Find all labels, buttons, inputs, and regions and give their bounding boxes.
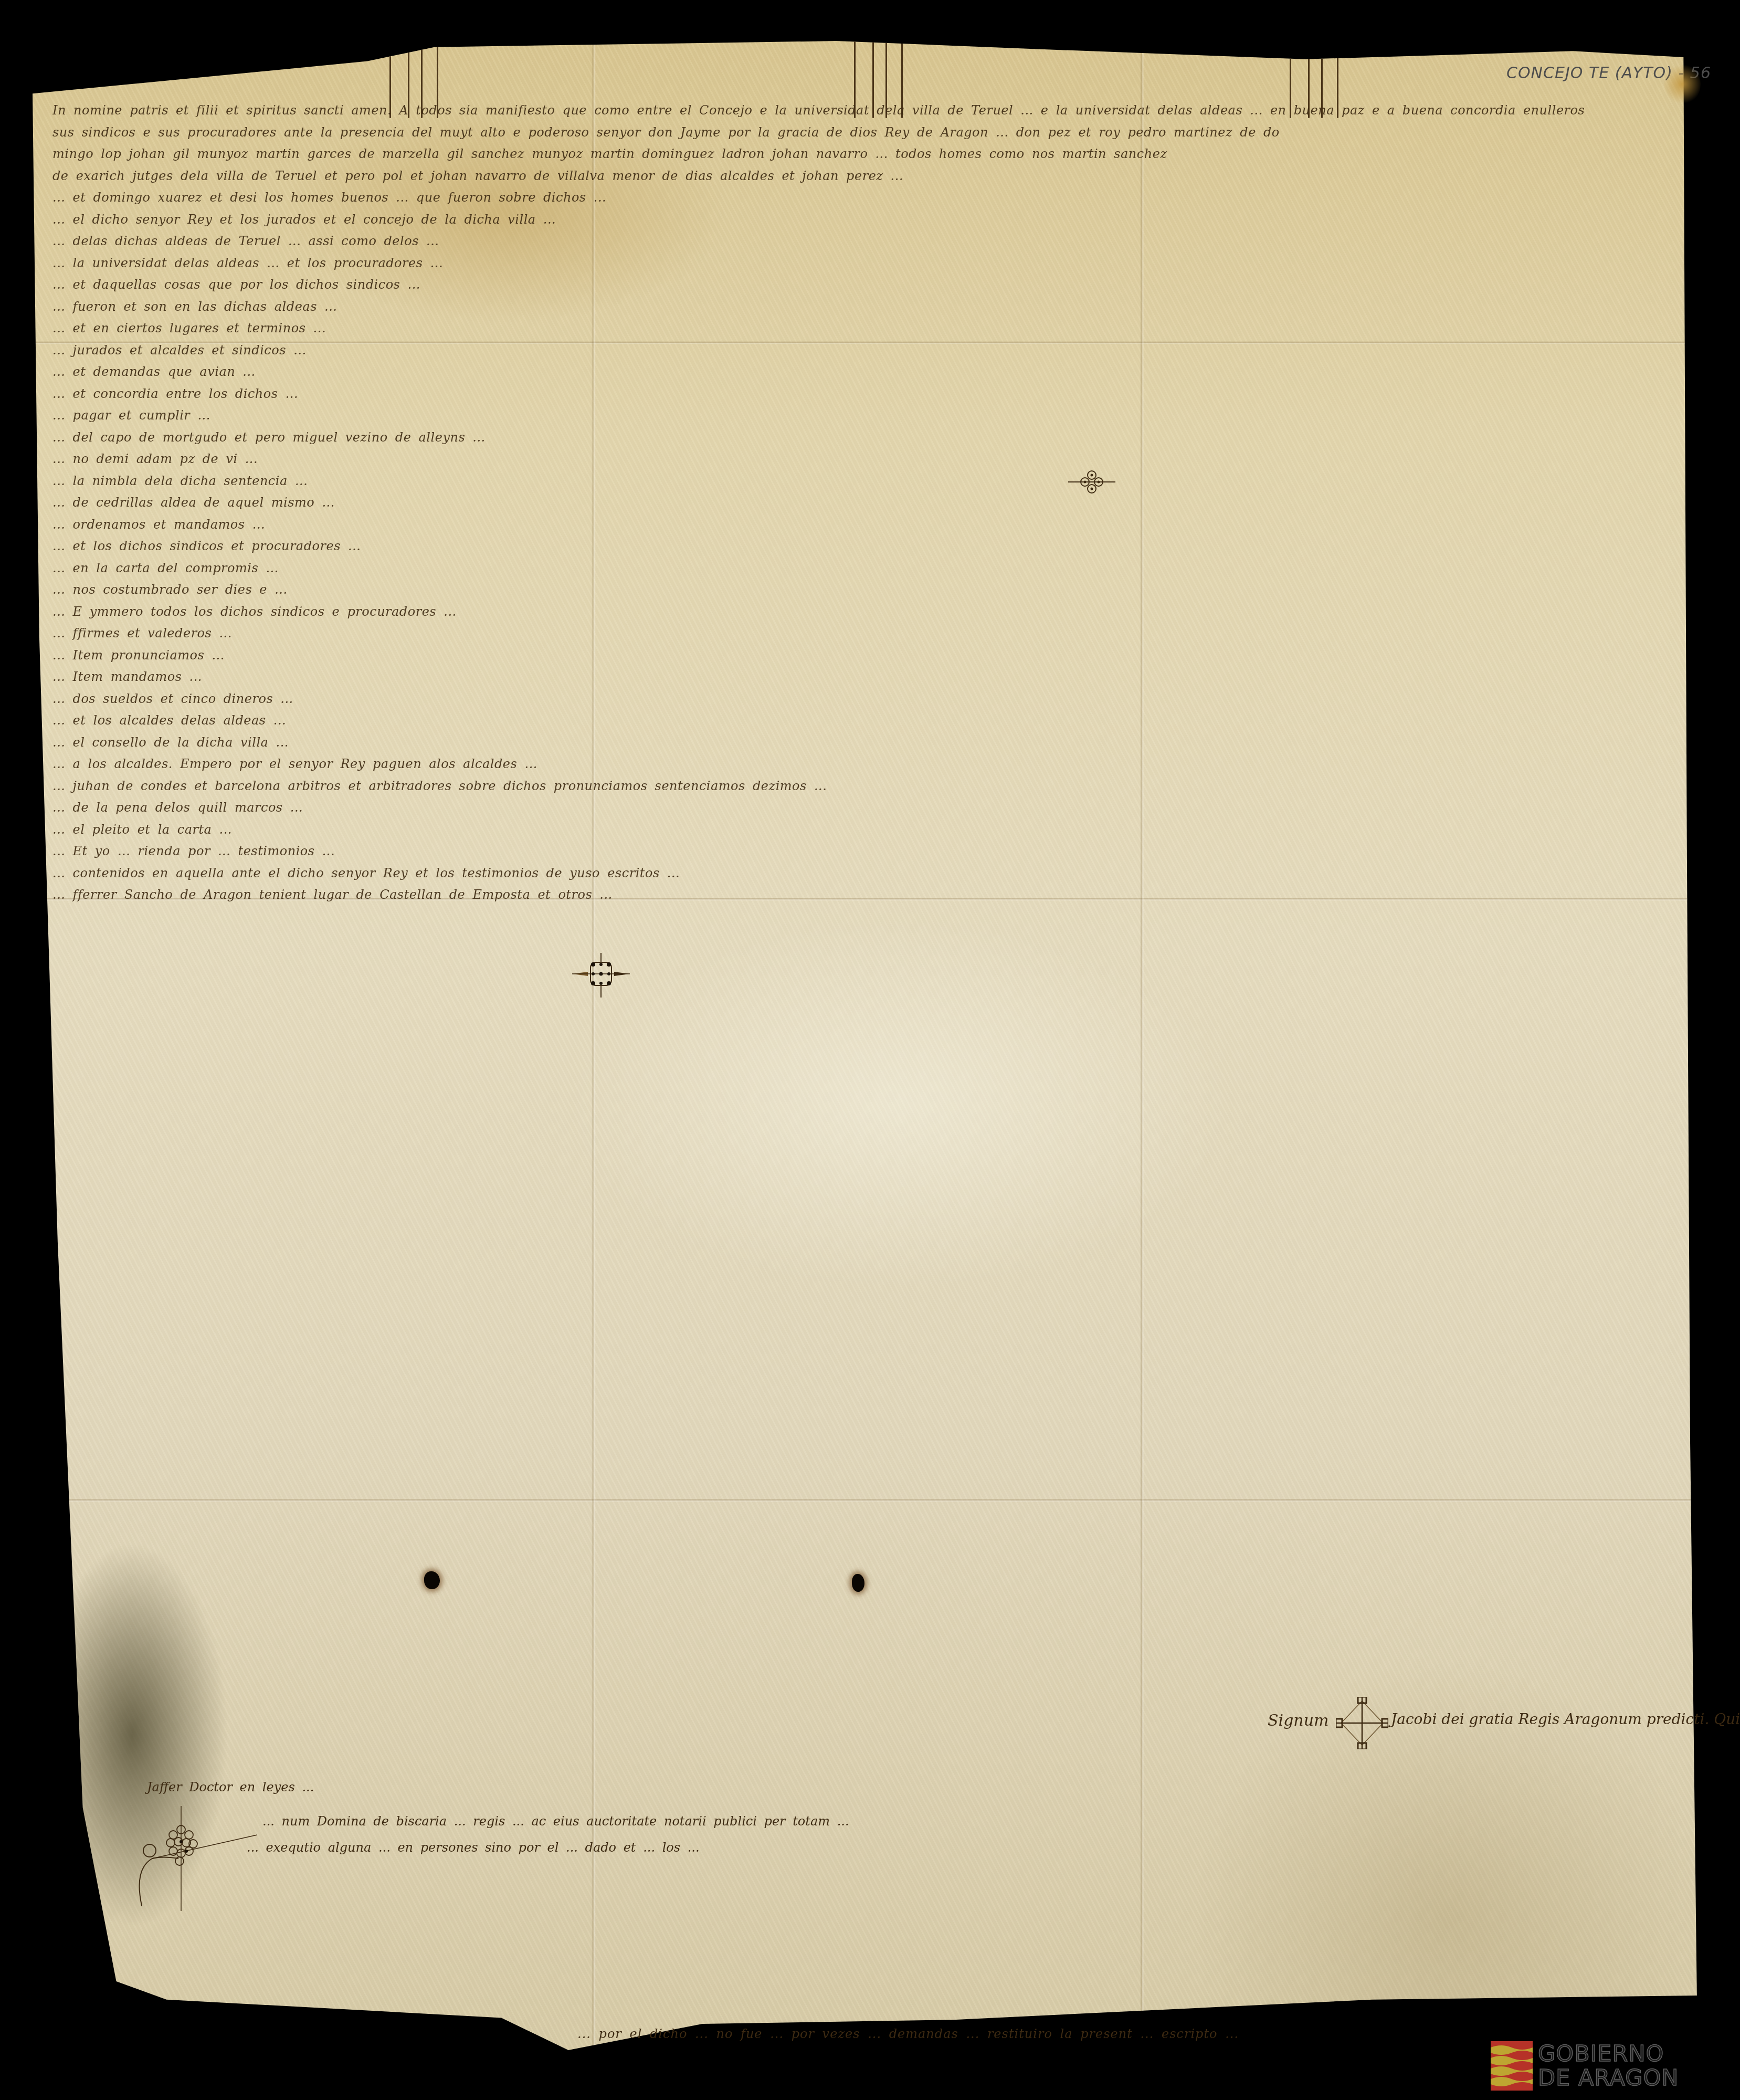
watermark-text: GOBIERNO DE ARAGON <box>1538 2042 1679 2090</box>
text-line: ... Item mandamos ... <box>52 666 1659 688</box>
parchment-hole <box>852 1574 864 1592</box>
text-line: ... la universidat delas aldeas ... et l… <box>52 253 1659 275</box>
text-line: de exarich jutges dela villa de Teruel e… <box>52 165 1659 187</box>
text-line: ... et domingo xuarez et desi los homes … <box>52 187 1659 209</box>
text-line: ... de cedrillas aldea de aquel mismo ..… <box>52 492 1659 514</box>
text-line: ... Et yo ... rienda por ... testimonios… <box>52 841 1659 863</box>
text-line: ... en la carta del compromis ... <box>52 558 1659 580</box>
royal-signum-cross-icon <box>1336 1697 1388 1749</box>
text-line: ... et los alcaldes delas aldeas ... <box>52 710 1659 732</box>
watermark-line2: DE ARAGON <box>1538 2066 1679 2090</box>
text-line: ... a los alcaldes. Empero por el senyor… <box>52 753 1659 775</box>
text-line: ... de la pena delos quill marcos ... <box>52 797 1659 819</box>
gobierno-de-aragon-watermark: GOBIERNO DE ARAGON <box>1491 2041 1679 2091</box>
closing-line: Jaffer Doctor en leyes ... <box>147 1780 314 1794</box>
text-line: ... fferrer Sancho de Aragon tenient lug… <box>52 884 1659 906</box>
parchment-hole <box>424 1571 440 1589</box>
text-line: ... et daquellas cosas que por los dicho… <box>52 274 1659 296</box>
text-line: ... la nimbla dela dicha sentencia ... <box>52 470 1659 492</box>
text-line: ... ordenamos et mandamos ... <box>52 514 1659 536</box>
text-line: ... ffirmes et valederos ... <box>52 623 1659 645</box>
stain-mark <box>1664 63 1701 105</box>
text-line: ... delas dichas aldeas de Teruel ... as… <box>52 230 1659 253</box>
notary-seal-icon <box>567 953 635 1002</box>
notary-rosette-icon <box>1068 469 1115 497</box>
watermark-line1: GOBIERNO <box>1538 2042 1679 2066</box>
signum-label: Signum <box>1268 1711 1328 1730</box>
text-line: mingo lop johan gil munyoz martin garces… <box>52 143 1659 165</box>
closing-line: ... exequtio alguna ... en persones sino… <box>247 1840 700 1855</box>
text-line: ... jurados et alcaldes et sindicos ... <box>52 340 1659 362</box>
text-line: ... el dicho senyor Rey et los jurados e… <box>52 209 1659 231</box>
fold-line <box>33 1499 1707 1502</box>
text-line: ... E ymmero todos los dichos sindicos e… <box>52 601 1659 623</box>
text-line: ... del capo de mortgudo et pero miguel … <box>52 427 1659 449</box>
text-line: ... el pleito et la carta ... <box>52 819 1659 841</box>
notary-rosette-flourish-icon <box>131 1806 262 1913</box>
text-line: ... no demi adam pz de vi ... <box>52 448 1659 470</box>
aragon-flag-icon <box>1491 2041 1533 2091</box>
bottom-annotation-line: ... por el dicho ... no fue ... por veze… <box>577 2026 1239 2041</box>
closing-line: ... num Domina de biscaria ... regis ...… <box>262 1814 849 1829</box>
text-line: ... nos costumbrado ser dies e ... <box>52 579 1659 601</box>
text-line: ... et en ciertos lugares et terminos ..… <box>52 318 1659 340</box>
text-line: ... dos sueldos et cinco dineros ... <box>52 688 1659 710</box>
text-line: ... et concordia entre los dichos ... <box>52 383 1659 405</box>
text-line: ... fueron et son en las dichas aldeas .… <box>52 296 1659 318</box>
text-line: ... el consello de la dicha villa ... <box>52 732 1659 754</box>
royal-signature-text: Jacobi dei gratia Regis Aragonum predict… <box>1391 1710 1740 1728</box>
text-line: ... et demandas que avian ... <box>52 361 1659 383</box>
charter-text: In nomine patris et filii et spiritus sa… <box>52 100 1659 906</box>
text-line: ... et los dichos sindicos et procurador… <box>52 535 1659 558</box>
text-line: ... juhan de condes et barcelona arbitro… <box>52 775 1659 797</box>
text-line: sus sindicos e sus procuradores ante la … <box>52 122 1659 144</box>
scan-background: CONCEJO TE (AYTO) - 56 In nomine patris … <box>0 0 1740 2100</box>
text-line: ... Item pronunciamos ... <box>52 645 1659 667</box>
text-line: In nomine patris et filii et spiritus sa… <box>52 100 1659 122</box>
text-line: ... pagar et cumplir ... <box>52 405 1659 427</box>
text-line: ... contenidos en aquella ante el dicho … <box>52 863 1659 885</box>
